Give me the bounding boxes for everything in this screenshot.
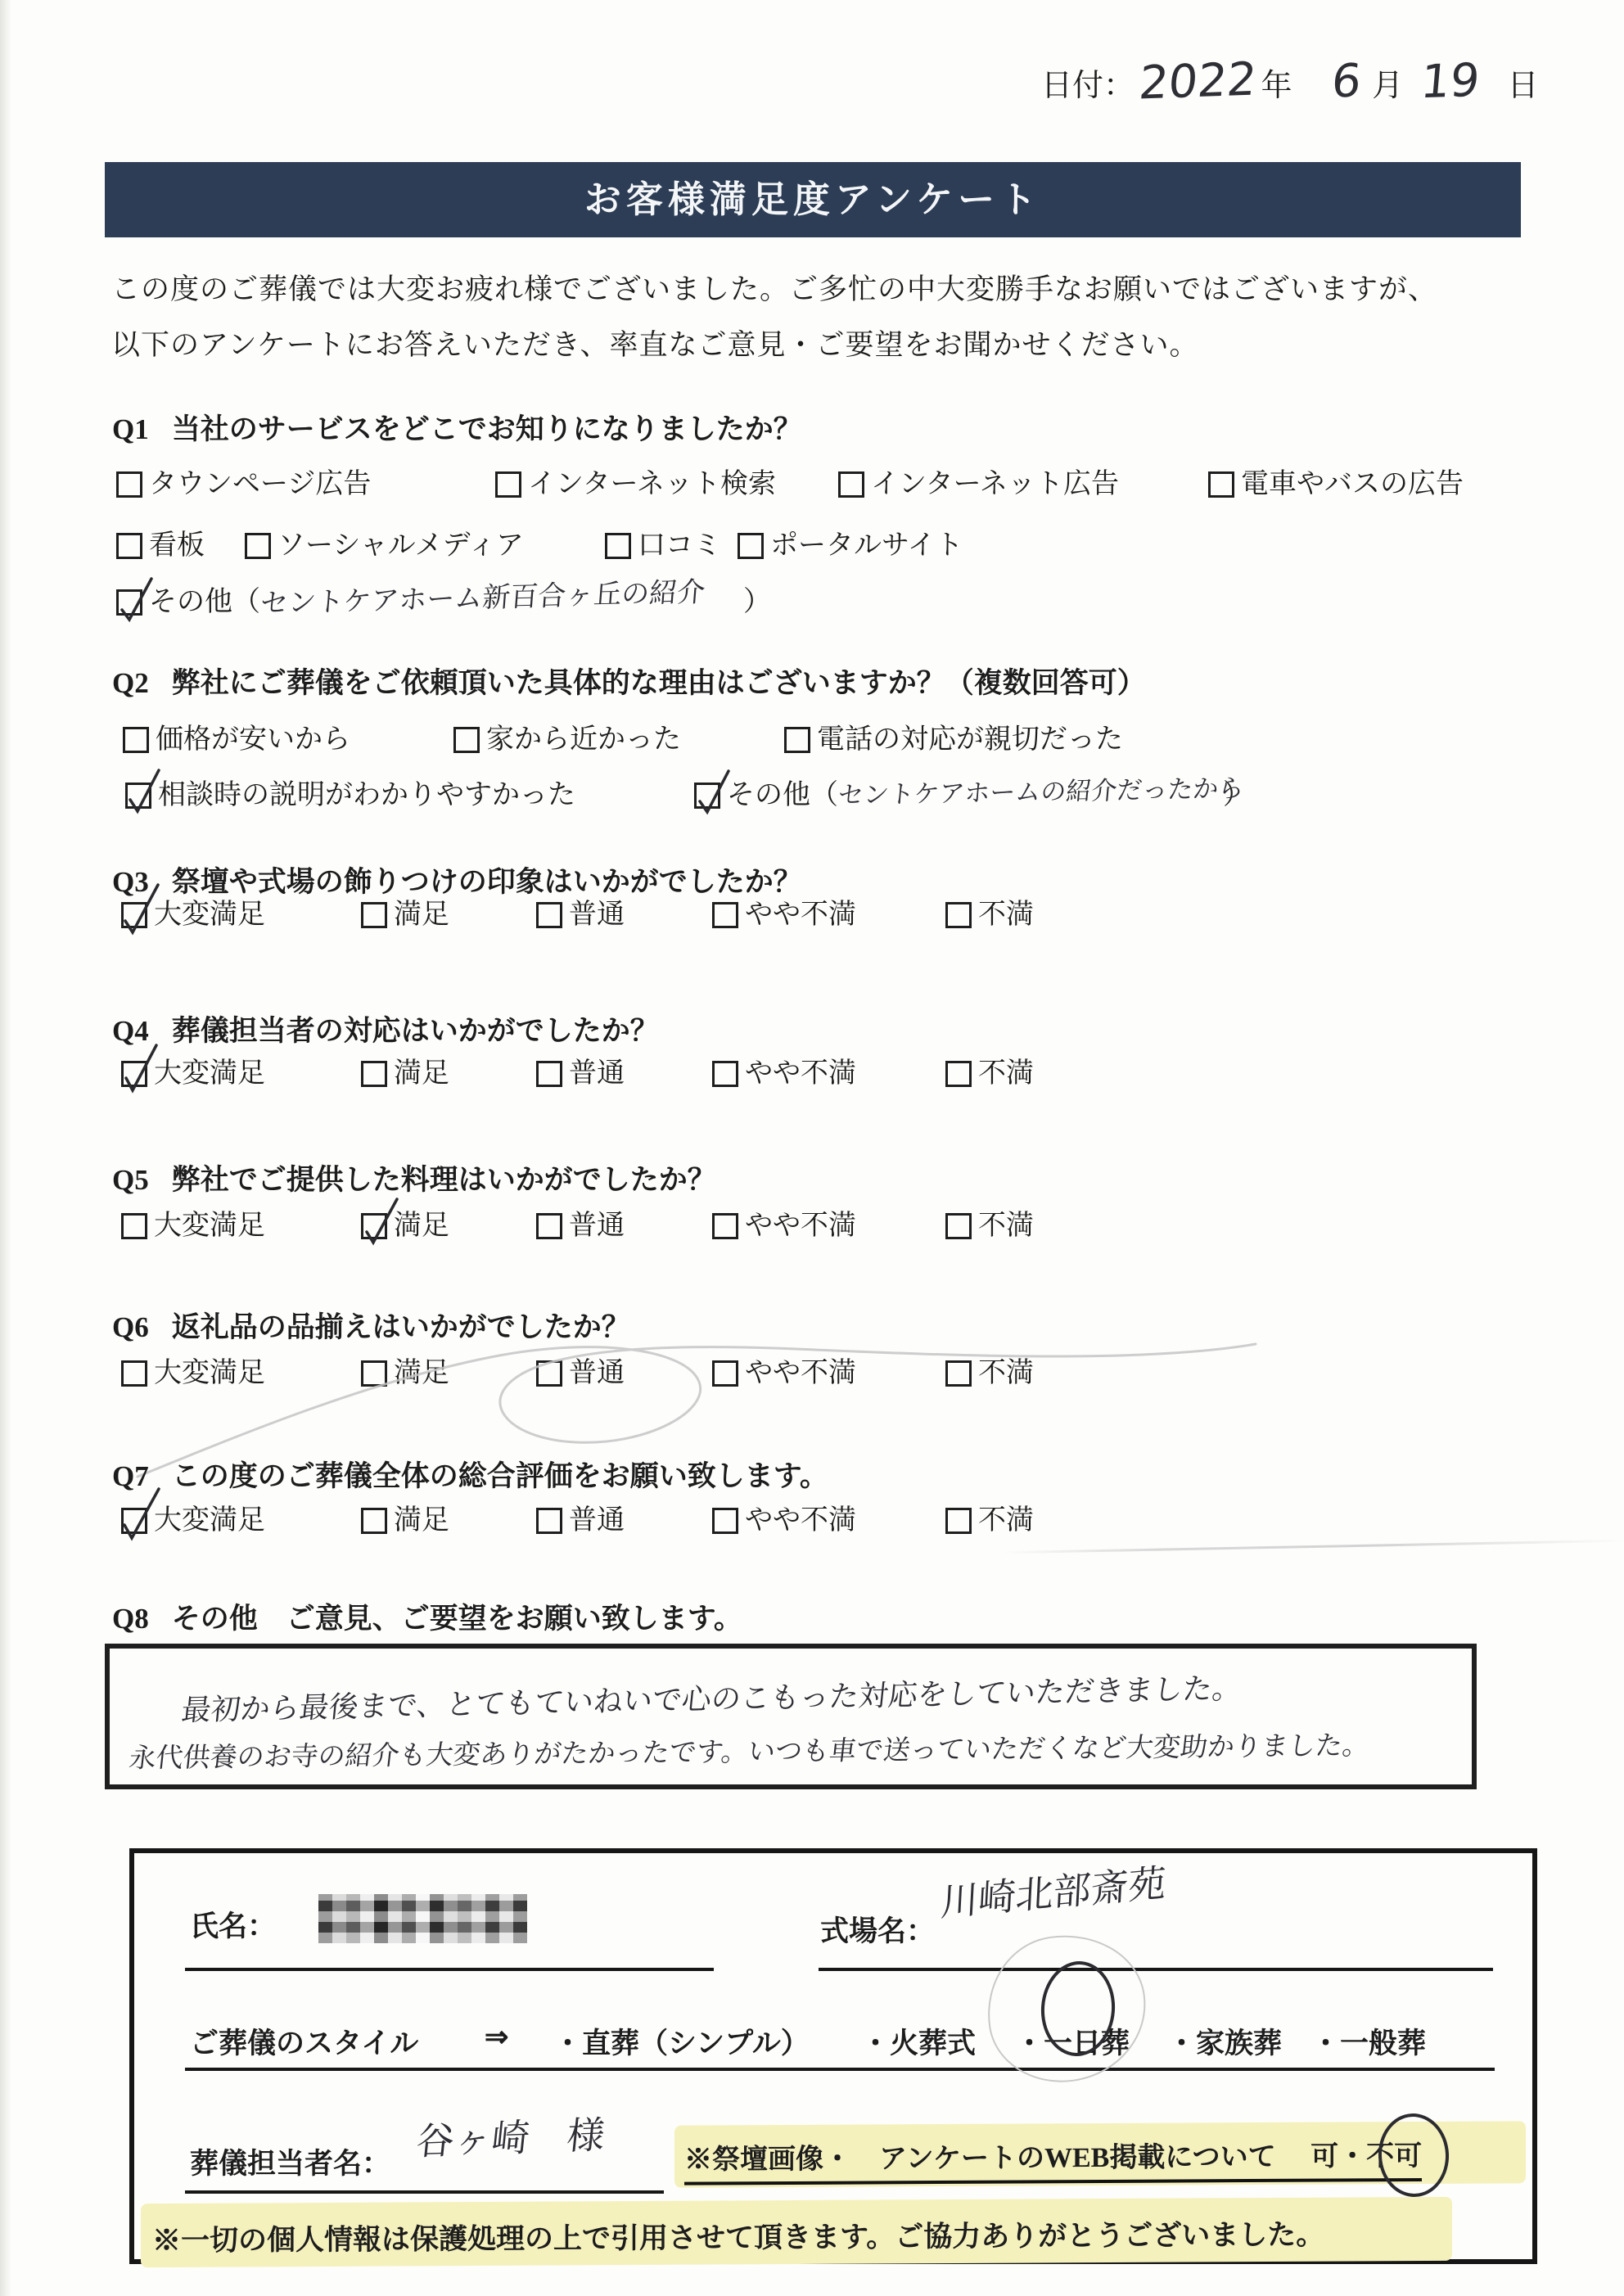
director-handwritten-value: 谷ヶ崎 様 [414, 2105, 608, 2166]
q7-option-neutral[interactable]: 普通 [536, 1504, 625, 1537]
q3-checkbox-dissatisfied[interactable] [945, 902, 972, 928]
checkmark-icon [120, 1045, 163, 1099]
q4-option-very-satisfied-label: 大変満足 [154, 1058, 265, 1090]
style-option-family[interactable]: ・家族葬 [1167, 2021, 1282, 2062]
q4-number: Q4 [112, 1015, 149, 1047]
q4-option-dissatisfied[interactable]: 不満 [945, 1058, 1034, 1090]
q1-checkbox-train-bus-ad[interactable] [1208, 471, 1234, 498]
q5-option-dissatisfied-label: 不満 [978, 1210, 1034, 1243]
date-day-handwritten: 19 [1419, 58, 1482, 106]
q5-text: 弊社でご提供した料理はいかがでしたか？ [172, 1164, 716, 1196]
q7-checkbox-neutral[interactable] [536, 1508, 562, 1534]
q4-checkbox-very-satisfied[interactable] [121, 1061, 147, 1087]
q7-option-somewhat-dissatisfied[interactable]: やや不満 [712, 1504, 856, 1537]
q1-option-other-close-paren: ） [743, 586, 771, 619]
q1-text: 当社のサービスをどこでお知りになりましたか？ [172, 413, 802, 445]
style-option-direct[interactable]: ・直葬（シンプル） [553, 2021, 810, 2062]
q4-option-somewhat-dissatisfied[interactable]: やや不満 [712, 1058, 856, 1090]
style-option-general[interactable]: ・一般葬 [1311, 2021, 1426, 2062]
q2-option-kind-phone[interactable]: 電話の対応が親切だった [784, 724, 1123, 756]
q3-option-dissatisfied-label: 不満 [978, 899, 1034, 931]
q7-option-dissatisfied-label: 不満 [978, 1504, 1034, 1537]
q4-checkbox-satisfied[interactable] [361, 1061, 387, 1087]
privacy-notice: ※一切の個人情報は保護処理の上で引用させて頂きます。ご協力ありがとうございました… [152, 2213, 1324, 2259]
web-ok-option[interactable]: 可 [1310, 2141, 1338, 2172]
footer-info-box: 氏名： 式場名： 川崎北部斎苑 ご葬儀のスタイル ⇒ ・直葬（シンプル） ・火葬… [129, 1848, 1537, 2264]
q5-option-very-satisfied[interactable]: 大変満足 [121, 1210, 265, 1243]
q4-text: 葬儀担当者の対応はいかがでしたか？ [172, 1015, 659, 1047]
q1-label: Q1当社のサービスをどこでお知りになりましたか？ [112, 407, 802, 448]
q4-checkbox-somewhat-dissatisfied[interactable] [712, 1061, 738, 1087]
venue-underline [819, 1968, 1493, 1971]
q4-option-somewhat-dissatisfied-label: やや不満 [745, 1058, 856, 1090]
q5-label: Q5弊社でご提供した料理はいかがでしたか？ [112, 1157, 716, 1198]
checkmark-icon [124, 767, 167, 821]
q2-label: Q2弊社にご葬儀をご依頼頂いた具体的な理由はございますか？（複数回答可） [112, 661, 1146, 701]
name-label: 氏名： [190, 1904, 276, 1945]
date-year-unit: 年 [1261, 60, 1292, 105]
q3-option-neutral[interactable]: 普通 [536, 899, 625, 931]
date-label: 日付： [1041, 60, 1135, 105]
q1-option-signboard-label: 看板 [149, 530, 205, 562]
q5-option-somewhat-dissatisfied-label: やや不満 [745, 1210, 856, 1243]
q7-option-very-satisfied[interactable]: 大変満足 [121, 1504, 265, 1537]
q4-options-row: 大変満足 満足 普通 やや不満 不満 [116, 1058, 1573, 1107]
q2-option-cheap-price-label: 価格が安いから [156, 724, 350, 756]
q1-option-internet-ad-label: インターネット広告 [871, 468, 1119, 501]
q1-option-portal-site-label: ポータルサイト [770, 530, 963, 562]
date-line: 日付： 2022 年 6 月 19 日 [1041, 59, 1538, 105]
q3-option-dissatisfied[interactable]: 不満 [945, 899, 1034, 931]
page-title: お客様満足度アンケート [584, 178, 1041, 220]
checkmark-icon [120, 886, 163, 941]
q3-option-somewhat-dissatisfied-label: やや不満 [745, 899, 856, 931]
q1-options-row-1: タウンページ広告 インターネット検索 インターネット広告 電車やバスの広告 [116, 468, 1573, 517]
q3-option-satisfied-label: 満足 [394, 899, 449, 931]
q4-option-dissatisfied-label: 不満 [978, 1058, 1034, 1090]
q1-option-townpage-label: タウンページ広告 [149, 468, 371, 501]
checkmark-icon [360, 1198, 403, 1252]
q7-label: Q7この度のご葬儀全体の総合評価をお願い致します。 [112, 1454, 828, 1495]
q1-checkbox-townpage[interactable] [116, 471, 142, 498]
venue-label: 式場名： [820, 1909, 935, 1950]
q2-checkbox-kind-phone[interactable] [784, 727, 810, 753]
q2-checkbox-clear-explanation[interactable] [125, 783, 151, 809]
q1-other-handwritten-value: セントケアホーム新百合ヶ丘の紹介 [259, 576, 745, 619]
q3-checkbox-neutral[interactable] [536, 902, 562, 928]
q1-option-social-media-label: ソーシャルメディア [277, 530, 524, 562]
q2-option-cheap-price[interactable]: 価格が安いから [123, 724, 350, 756]
q1-checkbox-portal-site[interactable] [738, 533, 764, 559]
date-month-unit: 月 [1372, 60, 1403, 105]
q7-option-dissatisfied[interactable]: 不満 [945, 1504, 1034, 1537]
q5-checkbox-somewhat-dissatisfied[interactable] [712, 1213, 738, 1239]
q8-text: その他 ご意見、ご要望をお願い致します。 [172, 1603, 742, 1635]
q7-text: この度のご葬儀全体の総合評価をお願い致します。 [172, 1460, 828, 1492]
q2-checkbox-near-home[interactable] [453, 727, 480, 753]
style-underline [185, 2068, 1495, 2071]
redacted-name-value [318, 1894, 527, 1943]
q2-option-clear-explanation[interactable]: 相談時の説明がわかりやすかった [125, 779, 575, 812]
q1-option-word-of-mouth-label: 口コミ [638, 530, 721, 562]
q1-option-townpage[interactable]: タウンページ広告 [116, 468, 371, 501]
q2-checkbox-cheap-price[interactable] [123, 727, 149, 753]
style-option-cremation[interactable]: ・火葬式 [861, 2021, 976, 2062]
q2-checkbox-other[interactable] [694, 783, 720, 809]
q4-option-satisfied[interactable]: 満足 [361, 1058, 449, 1090]
q5-checkbox-very-satisfied[interactable] [121, 1213, 147, 1239]
q1-checkbox-signboard[interactable] [116, 533, 142, 559]
q7-number: Q7 [112, 1460, 149, 1492]
date-year-handwritten: 2022 [1137, 57, 1258, 107]
q1-checkbox-word-of-mouth[interactable] [605, 533, 631, 559]
q5-option-somewhat-dissatisfied[interactable]: やや不満 [712, 1210, 856, 1243]
web-publication-line: ※祭壇画像・ アンケートのWEB掲載について 可・不可 [684, 2133, 1422, 2185]
name-underline [185, 1968, 714, 1971]
q2-options-row-1: 価格が安いから 家から近かった 電話の対応が親切だった [116, 724, 1573, 773]
q2-other-handwritten-value: セントケアホームの紹介だったから [837, 774, 1224, 810]
q2-option-clear-explanation-label: 相談時の説明がわかりやすかった [158, 779, 575, 812]
q5-option-neutral[interactable]: 普通 [536, 1210, 625, 1243]
q3-options-row: 大変満足 満足 普通 やや不満 不満 [116, 899, 1573, 948]
q3-checkbox-satisfied[interactable] [361, 902, 387, 928]
q1-checkbox-internet-ad[interactable] [838, 471, 864, 498]
q1-option-train-bus-ad[interactable]: 電車やバスの広告 [1208, 468, 1464, 501]
q5-checkbox-dissatisfied[interactable] [945, 1213, 972, 1239]
intro-line-2: 以下のアンケートにお答えいただき、率直なご意見・ご要望をお聞かせください。 [111, 323, 1199, 363]
q5-number: Q5 [112, 1164, 149, 1196]
q1-options-row-2: 看板 ソーシャルメディア 口コミ ポータルサイト [116, 530, 1573, 579]
q5-option-very-satisfied-label: 大変満足 [154, 1210, 265, 1243]
web-publication-label: ※祭壇画像・ アンケートのWEB掲載について [684, 2142, 1276, 2176]
q1-option-word-of-mouth[interactable]: 口コミ [605, 530, 721, 562]
q7-option-somewhat-dissatisfied-label: やや不満 [745, 1504, 856, 1537]
q1-option-internet-search[interactable]: インターネット検索 [495, 468, 776, 501]
q1-option-train-bus-ad-label: 電車やバスの広告 [1241, 468, 1464, 501]
q1-option-internet-ad[interactable]: インターネット広告 [838, 468, 1119, 501]
funeral-style-label: ご葬儀のスタイル [190, 2021, 418, 2062]
q4-option-neutral-label: 普通 [569, 1058, 625, 1090]
q1-options-row-3: その他（ セントケアホーム新百合ヶ丘の紹介 ） [116, 586, 1573, 635]
q7-option-satisfied[interactable]: 満足 [361, 1504, 449, 1537]
q3-checkbox-somewhat-dissatisfied[interactable] [712, 902, 738, 928]
director-label: 葬儀担当者名： [190, 2141, 390, 2182]
title-bar: お客様満足度アンケート [105, 162, 1521, 237]
q1-number: Q1 [112, 413, 149, 445]
q5-option-satisfied[interactable]: 満足 [361, 1210, 449, 1243]
q4-option-neutral[interactable]: 普通 [536, 1058, 625, 1090]
q5-options-row: 大変満足 満足 普通 やや不満 不満 [116, 1210, 1573, 1259]
q4-option-satisfied-label: 満足 [394, 1058, 449, 1090]
director-underline [185, 2190, 664, 2194]
q8-comment-handwritten-line-2: 永代供養のお寺の紹介も大変ありがたかったです。いつも車で送っていただくなど大変助… [127, 1724, 1372, 1775]
q1-option-internet-search-label: インターネット検索 [528, 468, 776, 501]
q3-text: 祭壇や式場の飾りつけの印象はいかがでしたか？ [172, 866, 802, 898]
checkmark-icon [115, 574, 158, 628]
q7-option-satisfied-label: 満足 [394, 1504, 449, 1537]
q8-comment-handwritten-line-1: 最初から最後まで、とてもていねいで心のこもった対応をしていただきました。 [180, 1665, 1244, 1729]
q1-option-portal-site[interactable]: ポータルサイト [738, 530, 963, 562]
q2-option-kind-phone-label: 電話の対応が親切だった [817, 724, 1123, 756]
q4-checkbox-neutral[interactable] [536, 1061, 562, 1087]
intro-line-1: この度のご葬儀では大変お疲れ様でございました。ご多忙の中大変勝手なお願いではござ… [111, 267, 1437, 308]
q5-option-neutral-label: 普通 [569, 1210, 625, 1243]
q1-option-signboard[interactable]: 看板 [116, 530, 205, 562]
q5-checkbox-satisfied[interactable] [361, 1213, 387, 1239]
checkmark-icon [693, 767, 736, 821]
date-day-unit: 日 [1507, 60, 1538, 105]
q1-option-other[interactable]: その他（ セントケアホーム新百合ヶ丘の紹介 ） [116, 586, 771, 619]
q1-option-social-media[interactable]: ソーシャルメディア [245, 530, 524, 562]
q1-checkbox-social-media[interactable] [245, 533, 271, 559]
q1-checkbox-other[interactable] [116, 589, 142, 616]
q5-option-dissatisfied[interactable]: 不満 [945, 1210, 1034, 1243]
q4-label: Q4葬儀担当者の対応はいかがでしたか？ [112, 1008, 659, 1049]
q2-option-near-home-label: 家から近かった [486, 724, 681, 756]
q1-option-other-label: その他（ [149, 586, 260, 619]
q7-checkbox-somewhat-dissatisfied[interactable] [712, 1508, 738, 1534]
q2-option-other-label: その他（ [727, 779, 838, 812]
q3-checkbox-very-satisfied[interactable] [121, 902, 147, 928]
q2-option-near-home[interactable]: 家から近かった [453, 724, 681, 756]
q3-option-very-satisfied-label: 大変満足 [154, 899, 265, 931]
checkmark-icon [120, 1492, 163, 1546]
q4-checkbox-dissatisfied[interactable] [945, 1061, 972, 1087]
q2-option-other[interactable]: その他（ セントケアホームの紹介だったから ） [694, 779, 1251, 812]
q1-checkbox-internet-search[interactable] [495, 471, 521, 498]
q8-number: Q8 [112, 1603, 149, 1635]
q2-number: Q2 [112, 667, 149, 699]
privacy-highlight: ※一切の個人情報は保護処理の上で引用させて頂きます。ご協力ありがとうございました… [141, 2197, 1452, 2267]
q7-checkbox-very-satisfied[interactable] [121, 1508, 147, 1534]
q3-option-satisfied[interactable]: 満足 [361, 899, 449, 931]
q7-option-neutral-label: 普通 [569, 1504, 625, 1537]
q3-option-very-satisfied[interactable]: 大変満足 [121, 899, 265, 931]
q2-options-row-2: 相談時の説明がわかりやすかった その他（ セントケアホームの紹介だったから ） [116, 779, 1573, 828]
q7-option-very-satisfied-label: 大変満足 [154, 1504, 265, 1537]
q8-label: Q8その他 ご意見、ご要望をお願い致します。 [112, 1596, 742, 1637]
q3-option-somewhat-dissatisfied[interactable]: やや不満 [712, 899, 856, 931]
q3-option-neutral-label: 普通 [569, 899, 625, 931]
web-option-separator: ・ [1338, 2141, 1366, 2172]
q7-checkbox-satisfied[interactable] [361, 1508, 387, 1534]
q2-text: 弊社にご葬儀をご依頼頂いた具体的な理由はございますか？（複数回答可） [172, 667, 1146, 699]
q5-checkbox-neutral[interactable] [536, 1213, 562, 1239]
survey-page: 日付： 2022 年 6 月 19 日 お客様満足度アンケート この度のご葬儀で… [0, 0, 1624, 2296]
q7-checkbox-dissatisfied[interactable] [945, 1508, 972, 1534]
q4-option-very-satisfied[interactable]: 大変満足 [121, 1058, 265, 1090]
venue-handwritten-value: 川崎北部斎苑 [940, 1853, 1167, 1928]
q3-label: Q3祭壇や式場の飾りつけの印象はいかがでしたか？ [112, 859, 802, 900]
date-month-handwritten: 6 [1329, 58, 1363, 105]
funeral-style-arrow: ⇒ [485, 2021, 508, 2054]
q8-comment-box[interactable]: 最初から最後まで、とてもていねいで心のこもった対応をしていただきました。 永代供… [105, 1644, 1477, 1789]
